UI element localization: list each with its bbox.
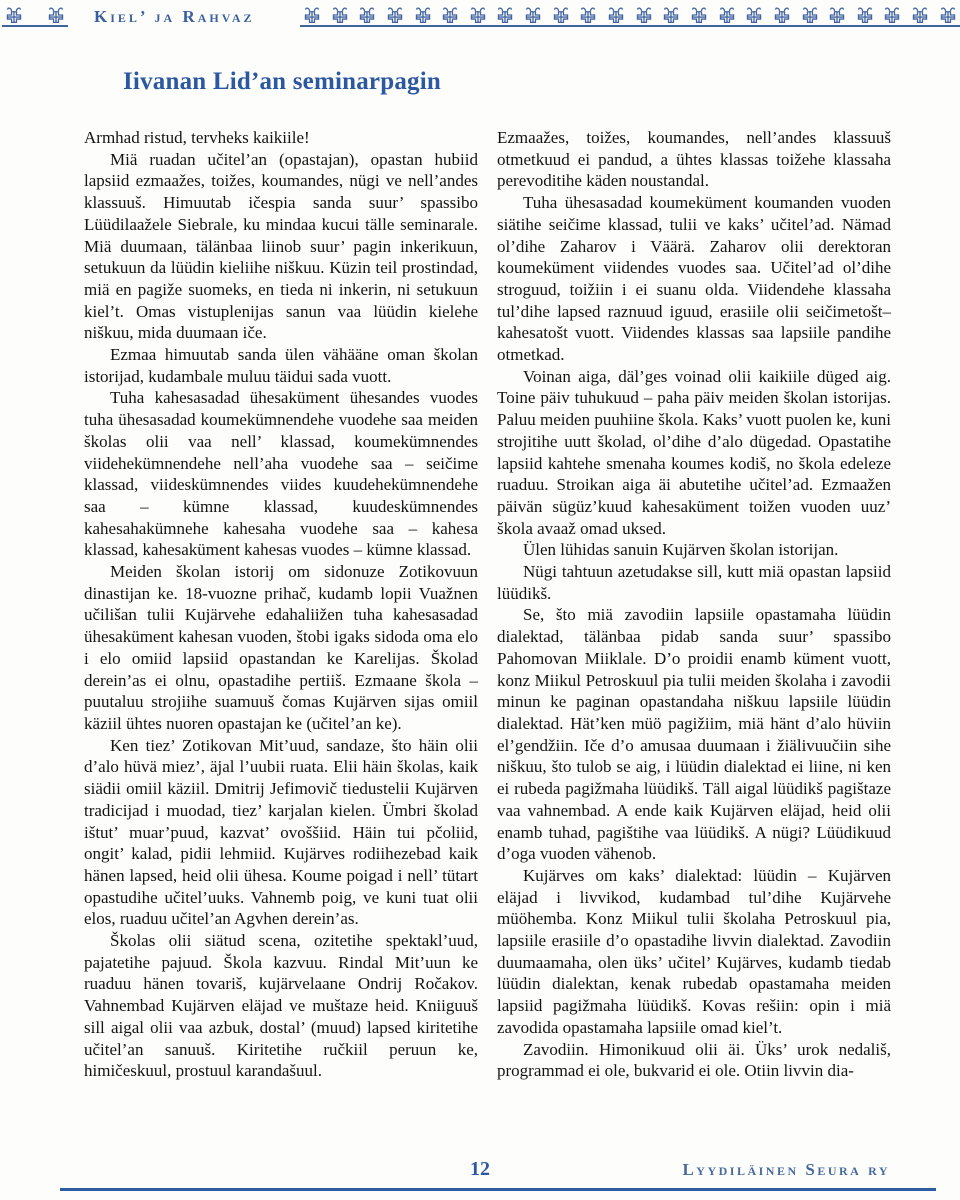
paragraph: Ken tiez’ Zotikovan Mit’uud, sandaze, št… (84, 735, 478, 930)
embroidery-cross-icon (632, 6, 656, 24)
article-title: Iivanan Lid’an seminarpagin (84, 68, 480, 96)
paragraph: Tuha kahesasadad ühesaküment ühesandes v… (84, 387, 478, 561)
embroidery-cross-icon (300, 6, 324, 24)
paragraph: Tuha ühesasadad koumeküment koumanden vu… (497, 192, 891, 366)
paragraph: Ezmaa himuutab sanda ülen vähääne oman š… (84, 344, 478, 387)
embroidery-cross-icon (825, 6, 849, 24)
embroidery-cross-icon (2, 6, 26, 24)
paragraph: Nügi tahtuun azetudakse sill, kutt miä o… (497, 561, 891, 604)
publisher-name: Lyydiläinen Seura ry (682, 1160, 890, 1180)
paragraph: Zavodiin. Himonikuud olii äi. Üks’ urok … (497, 1039, 891, 1082)
embroidery-cross-icon (549, 6, 573, 24)
embroidery-cross-icon (936, 6, 960, 24)
paragraph: Ülen lühidas sanuin Kujärven školan isto… (497, 539, 891, 561)
embroidery-cross-icon (328, 6, 352, 24)
embroidery-cross-icon (576, 6, 600, 24)
paragraph: Školas olii siätud scena, ozitetihe spek… (84, 930, 478, 1082)
embroidery-cross-icon (44, 6, 68, 24)
embroidery-cross-icon (853, 6, 877, 24)
embroidery-cross-icon (604, 6, 628, 24)
paragraph: Ezmaažes, toižes, koumandes, nell’andes … (497, 127, 891, 192)
publication-brand: Kiel’ ja Rahvaz (94, 7, 274, 27)
embroidery-cross-icon (355, 6, 379, 24)
embroidery-cross-icon (383, 6, 407, 24)
embroidery-cross-icon (438, 6, 462, 24)
embroidery-cross-icon (521, 6, 545, 24)
paragraph: Meiden školan istorij om sidonuze Zotiko… (84, 561, 478, 735)
ornament-border-left (2, 6, 68, 27)
embroidery-cross-icon (715, 6, 739, 24)
right-column: Ezmaažes, toižes, koumandes, nell’andes … (497, 127, 891, 1159)
embroidery-cross-icon (770, 6, 794, 24)
embroidery-cross-icon (908, 6, 932, 24)
embroidery-cross-icon (466, 6, 490, 24)
paragraph: Voinan aiga, däl’ges voinad olii kaikiil… (497, 366, 891, 540)
embroidery-cross-icon (659, 6, 683, 24)
embroidery-cross-icon (798, 6, 822, 24)
page-header: Kiel’ ja Rahvaz (0, 3, 960, 27)
paragraph: Se, što miä zavodiin lapsiile opastamaha… (497, 604, 891, 864)
left-column: Armhad ristud, tervheks kaikiile! Miä ru… (84, 127, 478, 1159)
embroidery-cross-icon (880, 6, 904, 24)
embroidery-cross-icon (687, 6, 711, 24)
paragraph: Miä ruadan učitel’an (opastajan), opasta… (84, 149, 478, 344)
magazine-page: Kiel’ ja Rahvaz Iivanan Lid’an seminarpa… (0, 0, 960, 1200)
footer-rule (60, 1188, 936, 1191)
paragraph: Armhad ristud, tervheks kaikiile! (84, 127, 478, 149)
ornament-border-right (300, 6, 960, 27)
article-body: Armhad ristud, tervheks kaikiile! Miä ru… (84, 127, 892, 1159)
paragraph: Kujärves om kaks’ dialektad: lüüdin – Ku… (497, 865, 891, 1039)
embroidery-cross-icon (411, 6, 435, 24)
embroidery-cross-icon (742, 6, 766, 24)
embroidery-cross-icon (493, 6, 517, 24)
